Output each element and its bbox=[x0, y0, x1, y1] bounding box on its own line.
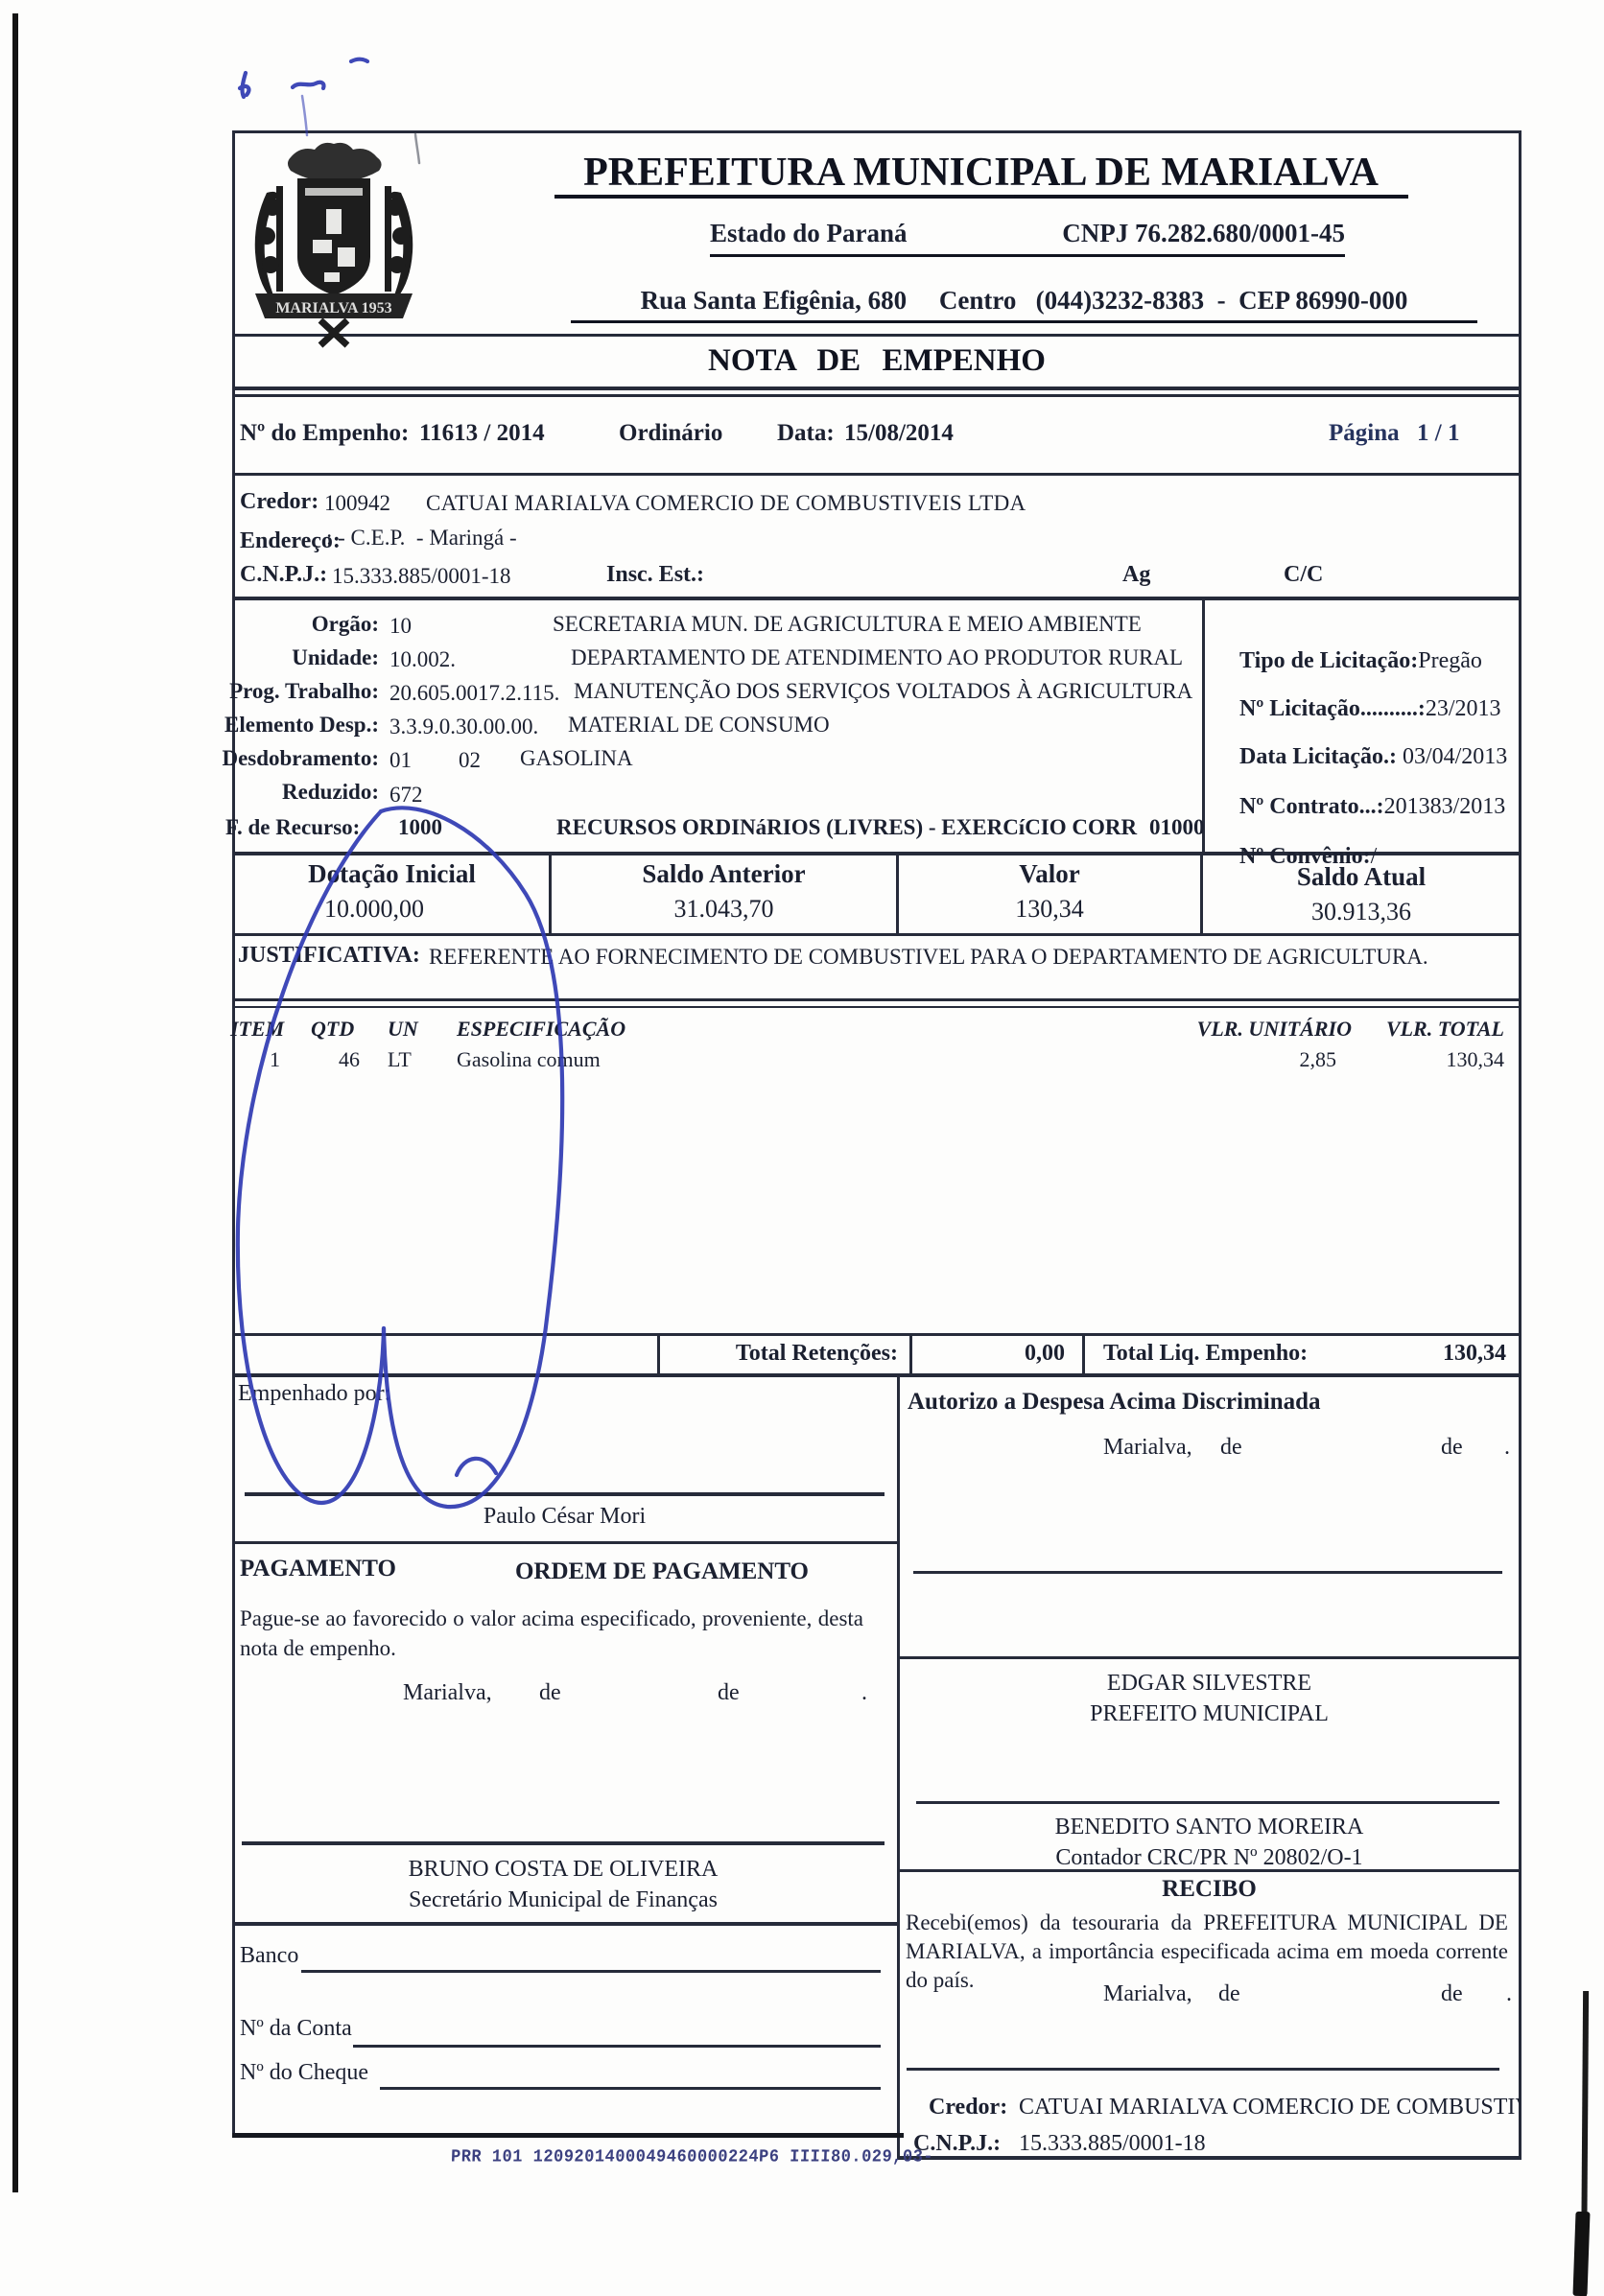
banco-label: Banco bbox=[240, 1943, 298, 1970]
total-retencoes-value: 0,00 bbox=[911, 1341, 1065, 1368]
credor-cnpj-value: 15.333.885/0001-18 bbox=[332, 564, 511, 589]
header-state-cnpj-row: Estado do Paraná CNPJ 76.282.680/0001-45 bbox=[710, 219, 1345, 257]
border-top bbox=[232, 130, 1521, 133]
empenhado-signature-line bbox=[245, 1492, 885, 1496]
autorizo-de1: de bbox=[1220, 1435, 1242, 1462]
pagamento-bottom-border bbox=[232, 1922, 900, 1926]
f-recurso-code: 1000 bbox=[398, 815, 442, 840]
dotacao-inicial-value: 10.000,00 bbox=[235, 895, 513, 924]
cheque-label: Nº do Cheque bbox=[240, 2060, 368, 2087]
header-address: Rua Santa Efigênia, 680 Centro (044)3232… bbox=[571, 286, 1477, 323]
autorizo-signature-line bbox=[913, 1571, 1502, 1574]
items-header-item: ITEM bbox=[230, 1017, 284, 1041]
ordem-pagamento-title: ORDEM DE PAGAMENTO bbox=[441, 1558, 883, 1586]
num-contrato-value: 201383/2013 bbox=[1384, 794, 1506, 819]
autorizo-title: Autorizo a Despesa Acima Discriminada bbox=[908, 1389, 1321, 1417]
prefeito-role: PREFEITO MUNICIPAL bbox=[897, 1701, 1521, 1728]
saldo-atual-header: Saldo Atual bbox=[1203, 862, 1520, 892]
prefeito-name: EDGAR SILVESTRE bbox=[897, 1671, 1521, 1698]
recibo-credor-value: CATUAI MARIALVA COMERCIO DE COMBUSTIVE bbox=[1019, 2095, 1520, 2121]
conta-fill-line bbox=[353, 2045, 881, 2048]
items-header-qtd: QTD bbox=[311, 1017, 354, 1041]
empenho-row-border bbox=[232, 473, 1521, 476]
page-label: Página bbox=[1329, 420, 1400, 448]
balances-bottom-border bbox=[232, 933, 1521, 936]
orgao-label: Orgão: bbox=[225, 612, 379, 637]
data-licitacao-label: Data Licitação.: bbox=[1239, 744, 1397, 769]
elemento-desp-desc: MATERIAL DE CONSUMO bbox=[568, 713, 830, 738]
column-divider bbox=[897, 1373, 900, 2159]
conta-label: Nº da Conta bbox=[240, 2016, 352, 2043]
empenho-number-label: Nº do Empenho: bbox=[240, 420, 409, 448]
saldo-anterior-header: Saldo Anterior bbox=[552, 859, 896, 889]
totals-top-border bbox=[232, 1333, 1521, 1336]
elemento-desp-label: Elemento Desp.: bbox=[216, 713, 379, 738]
totals-div1 bbox=[657, 1333, 660, 1375]
credor-name: CATUAI MARIALVA COMERCIO DE COMBUSTIVEIS… bbox=[426, 491, 1026, 516]
pagamento-text: Pague-se ao favorecido o valor acima esp… bbox=[240, 1604, 863, 1663]
recibo-de2: de bbox=[1441, 1981, 1463, 2008]
insc-est-label: Insc. Est.: bbox=[606, 562, 704, 589]
justificativa-border1 bbox=[232, 998, 1521, 1001]
orgao-code: 10 bbox=[389, 614, 412, 639]
empenhado-bottom-border bbox=[232, 1541, 900, 1544]
f-recurso-label: F. de Recurso: bbox=[225, 815, 360, 840]
totals-div3 bbox=[1082, 1333, 1085, 1375]
totals-bottom-border bbox=[232, 1373, 1521, 1377]
prog-trabalho-code: 20.605.0017.2.115. bbox=[389, 681, 559, 706]
secretario-name: BRUNO COSTA DE OLIVEIRA bbox=[242, 1857, 885, 1884]
recibo-title: RECIBO bbox=[897, 1876, 1521, 1904]
left-box-bottom-border bbox=[232, 2133, 904, 2138]
recibo-dot: . bbox=[1506, 1981, 1512, 2008]
contador-name: BENEDITO SANTO MOREIRA bbox=[897, 1815, 1521, 1841]
total-liq-label: Total Liq. Empenho: bbox=[1103, 1341, 1308, 1368]
item-cell-total: 130,34 bbox=[1312, 1047, 1504, 1071]
secretario-signature-line bbox=[242, 1841, 885, 1845]
valor-value: 130,34 bbox=[899, 895, 1200, 924]
pagamento-de1: de bbox=[539, 1680, 561, 1707]
creditor-bottom-border bbox=[232, 597, 1521, 600]
dotacao-inicial-header: Dotação Inicial bbox=[235, 859, 549, 889]
pagamento-title: PAGAMENTO bbox=[240, 1556, 396, 1583]
item-cell-espec: Gasolina comum bbox=[457, 1047, 601, 1071]
header-title: PREFEITURA MUNICIPAL DE MARIALVA bbox=[451, 150, 1511, 196]
autorizo-city: Marialva, bbox=[1103, 1435, 1192, 1462]
recibo-cnpj-value: 15.333.885/0001-18 bbox=[1019, 2131, 1206, 2158]
empenho-type: Ordinário bbox=[619, 420, 722, 448]
orgao-desc: SECRETARIA MUN. DE AGRICULTURA E MEIO AM… bbox=[553, 612, 1142, 637]
autorizo-bottom-border bbox=[897, 1656, 1521, 1659]
cc-label: C/C bbox=[1284, 562, 1323, 589]
items-header-un: UN bbox=[388, 1017, 418, 1041]
banco-fill-line bbox=[301, 1970, 881, 1973]
item-cell-item: 1 bbox=[230, 1047, 280, 1071]
item-cell-qtd: 46 bbox=[302, 1047, 360, 1071]
items-header-espec: ESPECIFICAÇÃO bbox=[457, 1017, 625, 1041]
pagamento-de2: de bbox=[718, 1680, 740, 1707]
border-left bbox=[232, 130, 235, 2137]
licitacao-left-border bbox=[1202, 599, 1205, 852]
svg-text:MARIALVA 1953: MARIALVA 1953 bbox=[275, 300, 391, 316]
autorizo-dot: . bbox=[1504, 1435, 1510, 1462]
ag-label: Ag bbox=[1122, 562, 1150, 589]
valor-header: Valor bbox=[899, 859, 1200, 889]
empenhado-por-label: Empenhado por: bbox=[238, 1381, 390, 1408]
machine-print-line: PRR 101 1209201400049460000224P6 IIII80.… bbox=[451, 2147, 934, 2167]
f-recurso-desc: RECURSOS ORDINáRIOS (LIVRES) - EXERCíCIO… bbox=[556, 815, 1137, 840]
item-cell-unitario: 2,85 bbox=[1144, 1047, 1336, 1071]
elemento-desp-code: 3.3.9.0.30.00.00. bbox=[389, 715, 538, 739]
unidade-label: Unidade: bbox=[225, 645, 379, 670]
autorizo-de2: de bbox=[1441, 1435, 1463, 1462]
coat-of-arms-logo: MARIALVA 1953 bbox=[238, 140, 430, 359]
recibo-signature-line bbox=[907, 2068, 1499, 2071]
empenho-date-value: 15/08/2014 bbox=[844, 420, 954, 448]
prog-trabalho-label: Prog. Trabalho: bbox=[216, 679, 379, 704]
unidade-desc: DEPARTAMENTO DE ATENDIMENTO AO PRODUTOR … bbox=[571, 645, 1183, 670]
header-cnpj: CNPJ 76.282.680/0001-45 bbox=[1062, 219, 1345, 248]
desdobramento-label: Desdobramento: bbox=[216, 746, 379, 771]
item-cell-un: LT bbox=[388, 1047, 412, 1071]
page-value: 1 / 1 bbox=[1417, 420, 1459, 448]
header-title-underline bbox=[554, 195, 1408, 199]
empenho-number-value: 11613 / 2014 bbox=[419, 420, 545, 448]
credor-code: 100942 bbox=[324, 491, 390, 516]
justificativa-border2 bbox=[232, 1006, 1521, 1008]
nota-band-border2 bbox=[232, 394, 1521, 397]
items-header-total: VLR. TOTAL bbox=[1312, 1017, 1504, 1041]
contador-signature-line bbox=[916, 1801, 1499, 1804]
scan-edge-left bbox=[12, 13, 18, 2192]
recibo-text: Recebi(emos) da tesouraria da PREFEITURA… bbox=[906, 1909, 1508, 1995]
unidade-code: 10.002. bbox=[389, 647, 456, 672]
reduzido-code: 672 bbox=[389, 783, 423, 808]
cheque-fill-line bbox=[380, 2087, 881, 2090]
saldo-anterior-value: 31.043,70 bbox=[552, 895, 896, 924]
justificativa-text: REFERENTE AO FORNECIMENTO DE COMBUSTIVEL… bbox=[429, 945, 1428, 970]
desdobramento-code: 01 bbox=[389, 748, 412, 773]
saldo-atual-value: 30.913,36 bbox=[1203, 898, 1520, 926]
endereco-value: : - C.E.P. - Maringá - bbox=[326, 526, 517, 551]
desdobramento-desc: GASOLINA bbox=[520, 746, 633, 771]
num-contrato-label: Nº Contrato...: bbox=[1239, 794, 1384, 819]
recibo-de1: de bbox=[1218, 1981, 1240, 2008]
empenhado-name: Paulo César Mori bbox=[245, 1504, 885, 1531]
contador-role: Contador CRC/PR Nº 20802/O-1 bbox=[897, 1845, 1521, 1872]
data-licitacao-value: 03/04/2013 bbox=[1403, 744, 1507, 769]
total-retencoes-label: Total Retenções: bbox=[662, 1341, 898, 1368]
secretario-role: Secretário Municipal de Finanças bbox=[242, 1887, 885, 1914]
justificativa-label: JUSTIFICATIVA: bbox=[238, 943, 420, 970]
scan-corner-blot bbox=[1572, 2212, 1590, 2296]
nota-band-border1 bbox=[232, 387, 1521, 390]
header-state: Estado do Paraná bbox=[710, 219, 908, 248]
doc-title: NOTA DE EMPENHO bbox=[232, 343, 1521, 380]
credor-label: Credor: bbox=[240, 489, 318, 516]
prog-trabalho-desc: MANUTENÇÃO DOS SERVIÇOS VOLTADOS À AGRIC… bbox=[574, 679, 1192, 704]
recibo-credor-label: Credor: bbox=[929, 2095, 1007, 2121]
reduzido-label: Reduzido: bbox=[225, 780, 379, 805]
total-liq-value: 130,34 bbox=[1362, 1341, 1506, 1368]
f-recurso-extra: 01000 bbox=[1149, 815, 1205, 840]
pagamento-city: Marialva, bbox=[403, 1680, 492, 1707]
desdobramento-code2: 02 bbox=[459, 748, 481, 773]
credor-cnpj-label: C.N.P.J.: bbox=[240, 562, 327, 589]
empenho-date-label: Data: bbox=[777, 420, 835, 448]
recibo-city: Marialva, bbox=[1103, 1981, 1192, 2008]
nota-de-empenho-document: MARIALVA 1953 PREFEITURA MUNICIPAL DE MA… bbox=[0, 0, 1604, 2296]
pagamento-dot: . bbox=[861, 1680, 867, 1707]
